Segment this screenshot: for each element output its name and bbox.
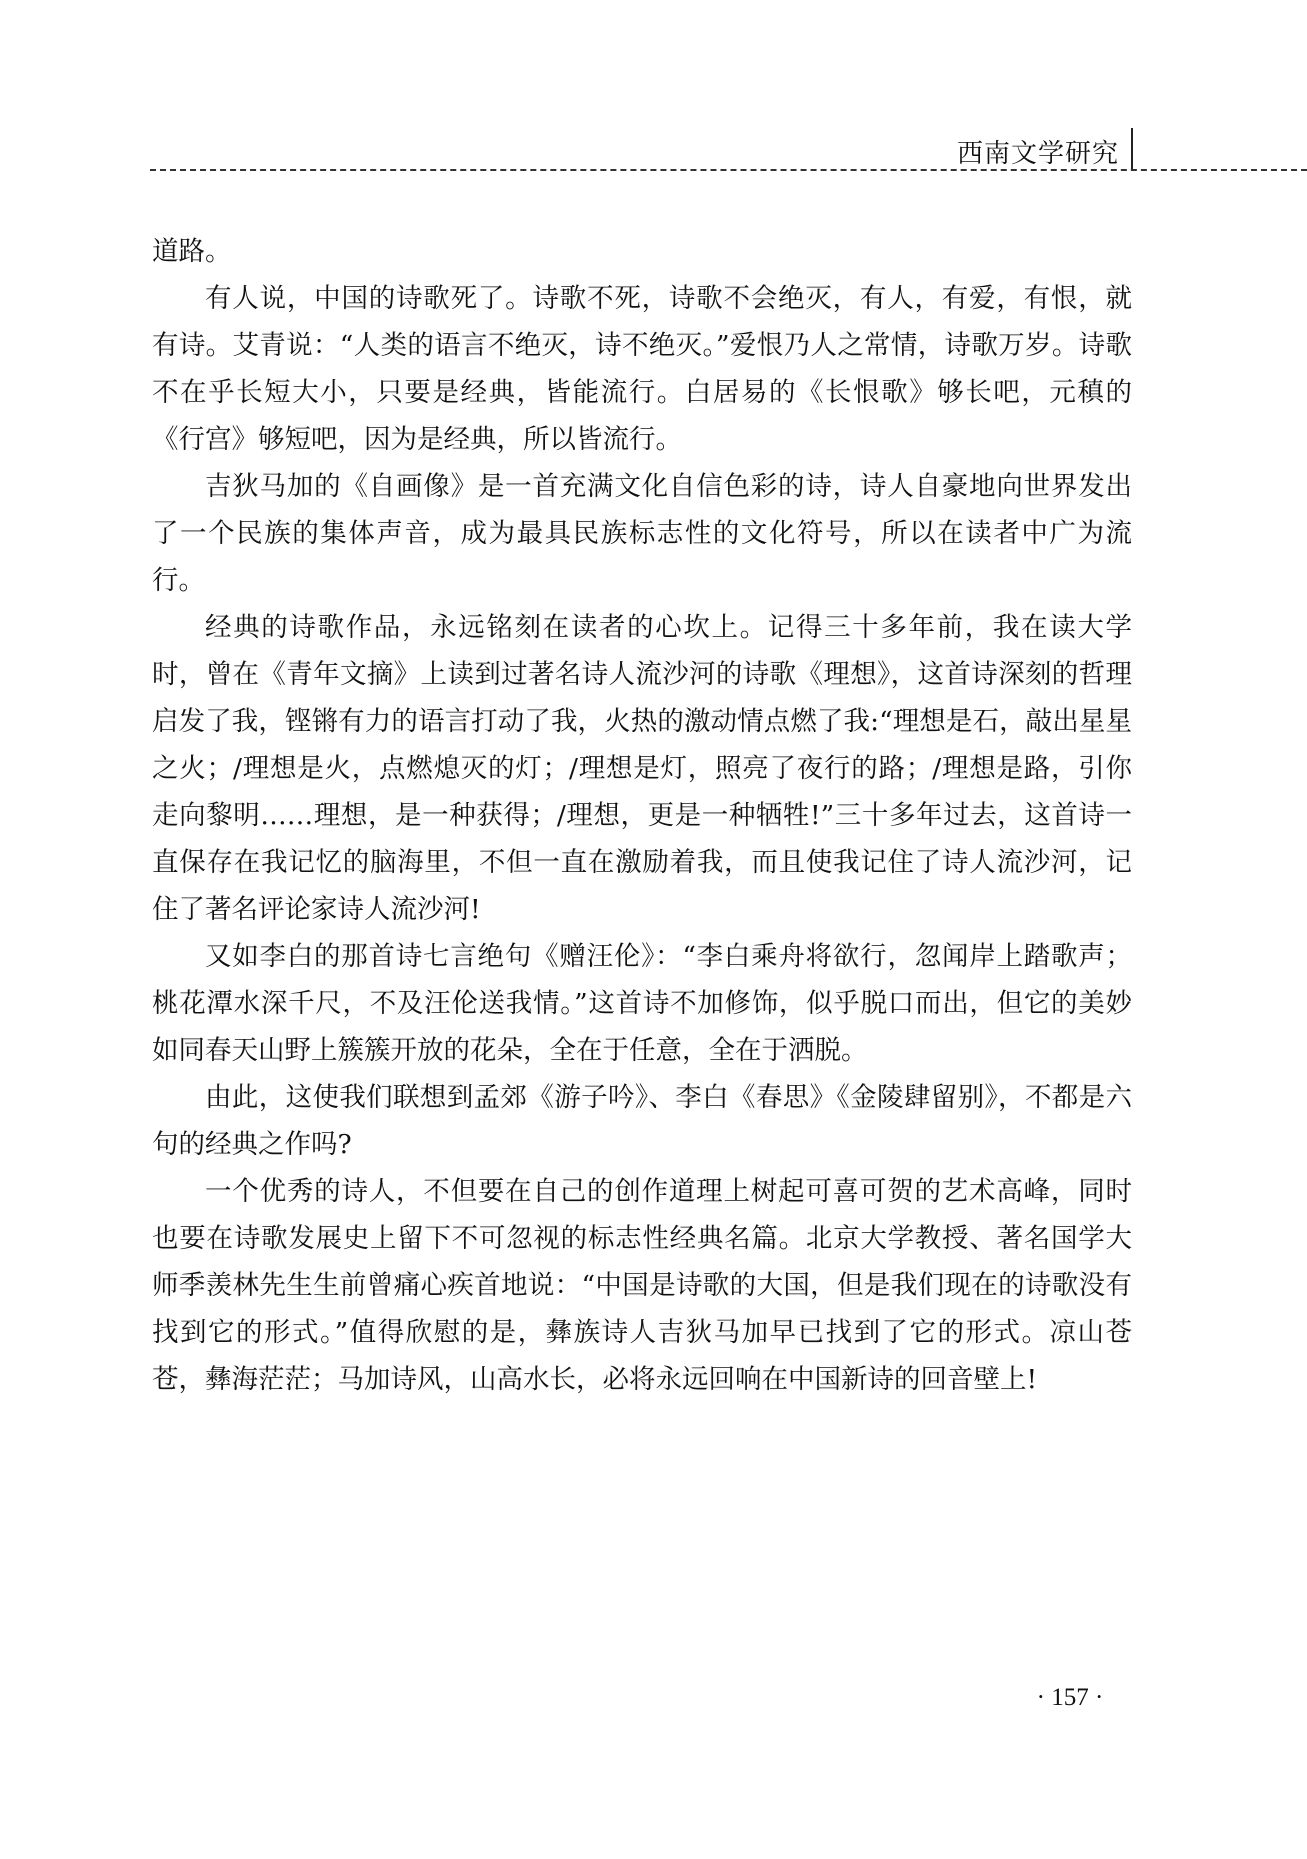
paragraph: 经典的诗歌作品，永远铭刻在读者的心坎上。记得三十多年前，我在读大学时，曾在《青年…	[152, 604, 1132, 933]
header-dashed-rule	[150, 169, 1307, 171]
paragraph: 吉狄马加的《自画像》是一首充满文化自信色彩的诗，诗人自豪地向世界发出了一个民族的…	[152, 463, 1132, 604]
running-head: 西南文学研究	[0, 0, 1307, 175]
paragraph: 道路。	[152, 228, 1132, 275]
paragraph: 又如李白的那首诗七言绝句《赠汪伦》：“李白乘舟将欲行，忽闻岸上踏歌声；桃花潭水深…	[152, 933, 1132, 1074]
header-vertical-rule	[1131, 128, 1133, 170]
page-number: · 157 ·	[1010, 1684, 1130, 1712]
paragraph: 有人说，中国的诗歌死了。诗歌不死，诗歌不会绝灭，有人，有爱，有恨，就有诗。艾青说…	[152, 275, 1132, 463]
paragraph: 由此，这使我们联想到孟郊《游子吟》、李白《春思》《金陵肆留别》，不都是六句的经典…	[152, 1074, 1132, 1168]
article-body: 道路。 有人说，中国的诗歌死了。诗歌不死，诗歌不会绝灭，有人，有爱，有恨，就有诗…	[152, 228, 1132, 1403]
journal-title: 西南文学研究	[957, 133, 1119, 170]
paragraph: 一个优秀的诗人，不但要在自己的创作道理上树起可喜可贺的艺术高峰，同时也要在诗歌发…	[152, 1168, 1132, 1403]
